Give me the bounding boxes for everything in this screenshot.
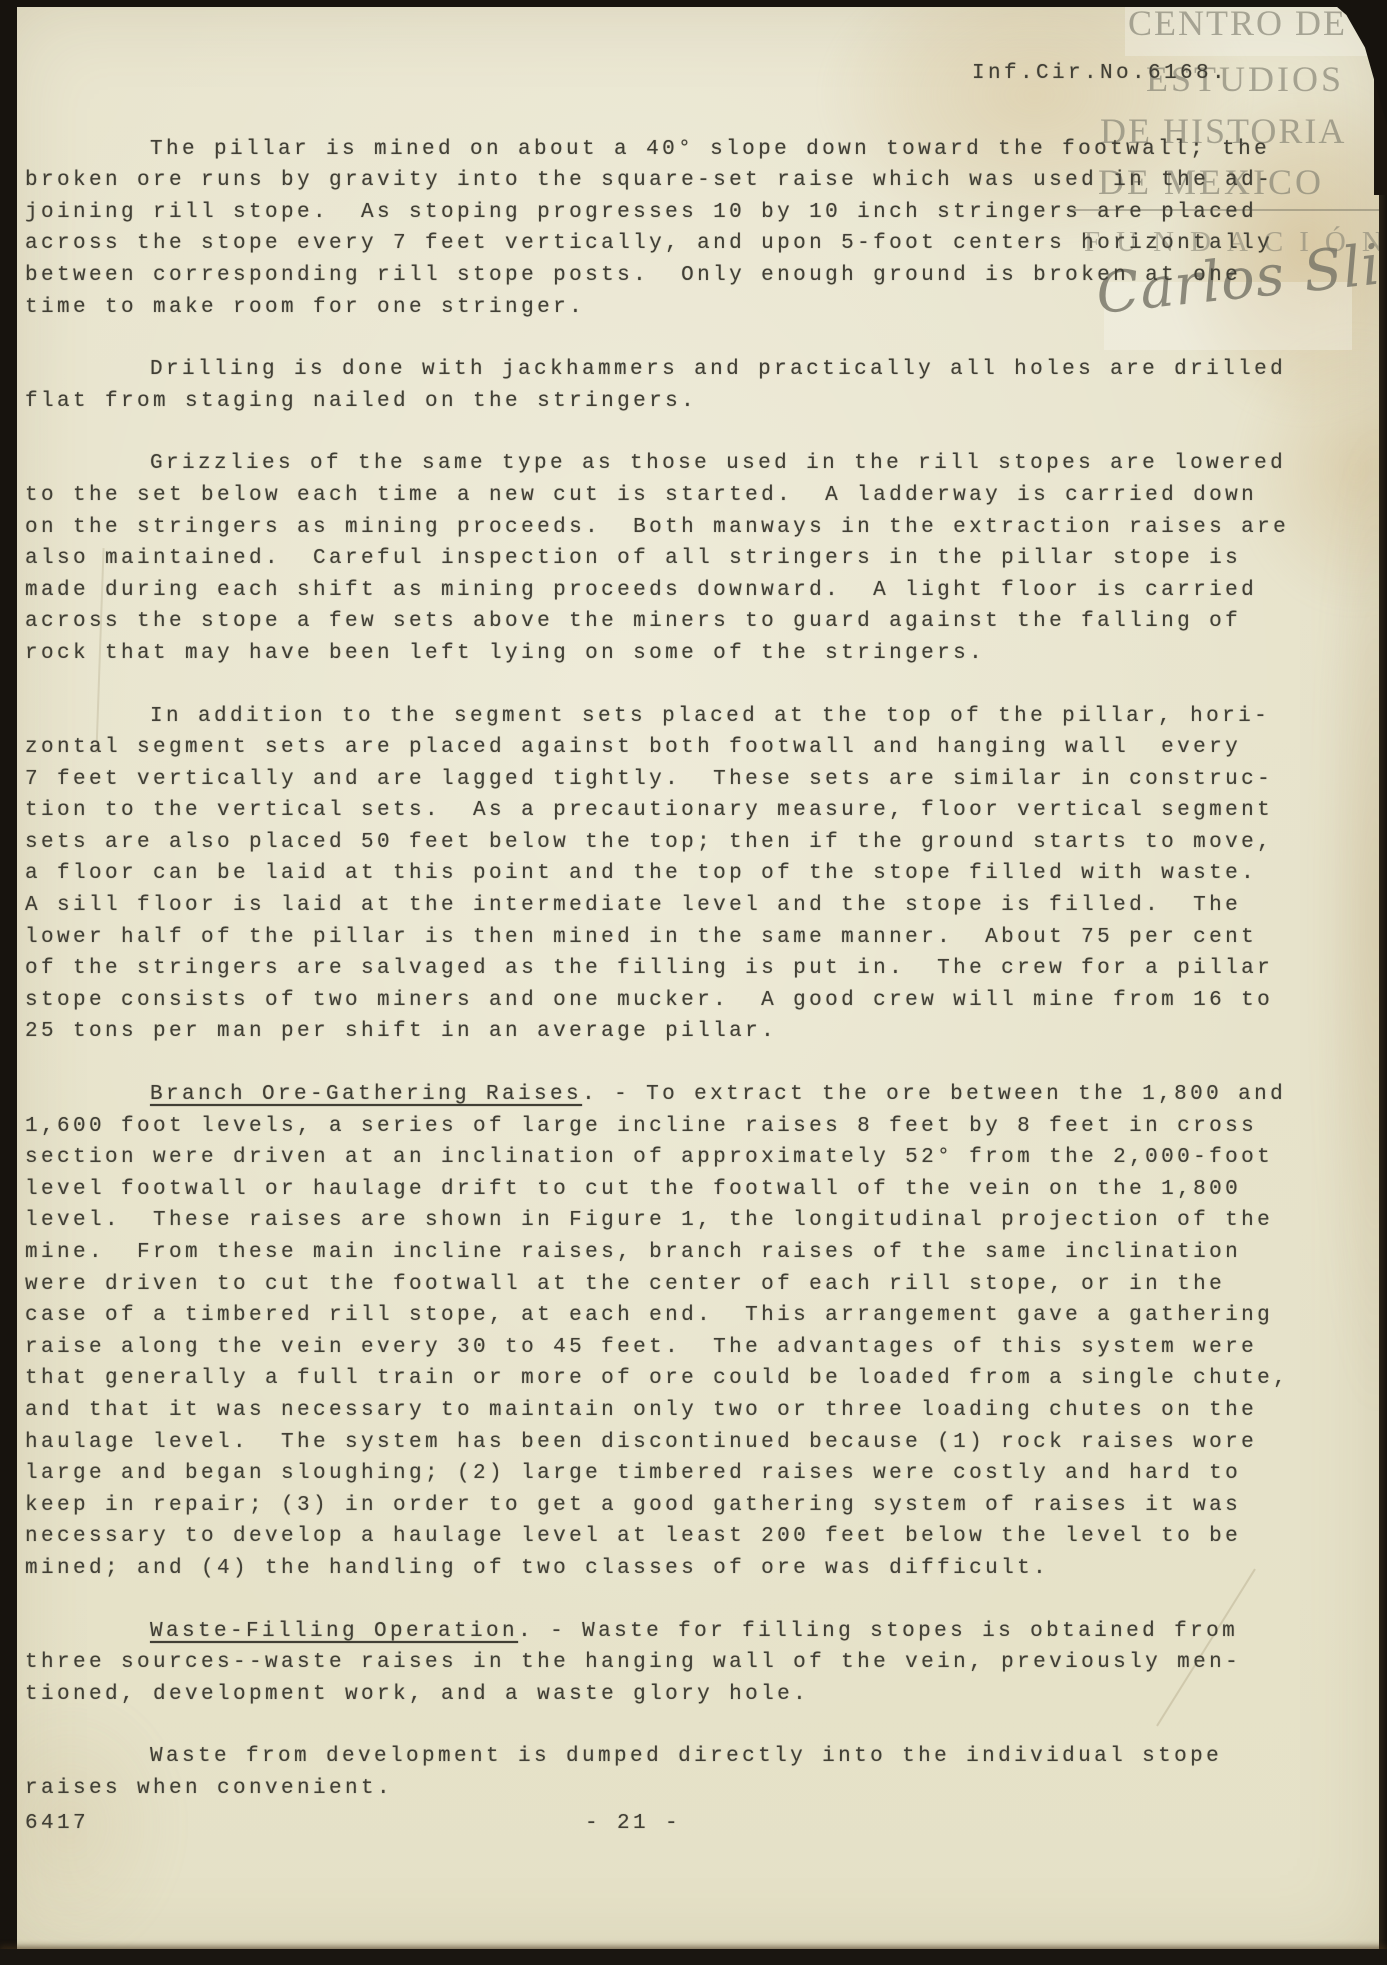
page-number: - 21 - (585, 1808, 681, 1840)
paragraph-waste-from-development: Waste from development is dumped directl… (25, 1741, 1320, 1804)
print-order-number: 6417 (25, 1812, 89, 1835)
paragraph-grizzlies: Grizzlies of the same type as those used… (25, 448, 1320, 669)
paragraph-branch-ore-gathering-raises: Branch Ore-Gathering Raises. - To extrac… (25, 1079, 1320, 1585)
page-footer: 6417 - 21 - (25, 1808, 1320, 1840)
scan-border-top (0, 0, 1387, 7)
paper-stain (1320, 420, 1387, 1420)
paragraph-drilling: Drilling is done with jackhammers and pr… (25, 354, 1320, 417)
watermark-line: CENTRO DE (1128, 2, 1347, 44)
scan-border-bottom (0, 1949, 1387, 1965)
paragraph-waste-filling-operation: Waste-Filling Operation. - Waste for fil… (25, 1616, 1320, 1711)
scan-border-right (1379, 0, 1387, 1965)
scanned-document-page: CENTRO DE ESTUDIOS DE HISTORIA DE MEXICO… (0, 0, 1387, 1965)
typed-text-block: Inf.Cir.No.6168. The pillar is mined on … (25, 58, 1320, 1836)
section-heading: Waste-Filling Operation (150, 1620, 518, 1643)
paragraph-pillar-mining: The pillar is mined on about a 40° slope… (25, 134, 1320, 324)
section-heading: Branch Ore-Gathering Raises (150, 1083, 582, 1106)
paragraph-segment-sets: In addition to the segment sets placed a… (25, 701, 1320, 1049)
circular-reference: Inf.Cir.No.6168. (25, 58, 1320, 90)
scan-border-left (0, 0, 17, 1965)
